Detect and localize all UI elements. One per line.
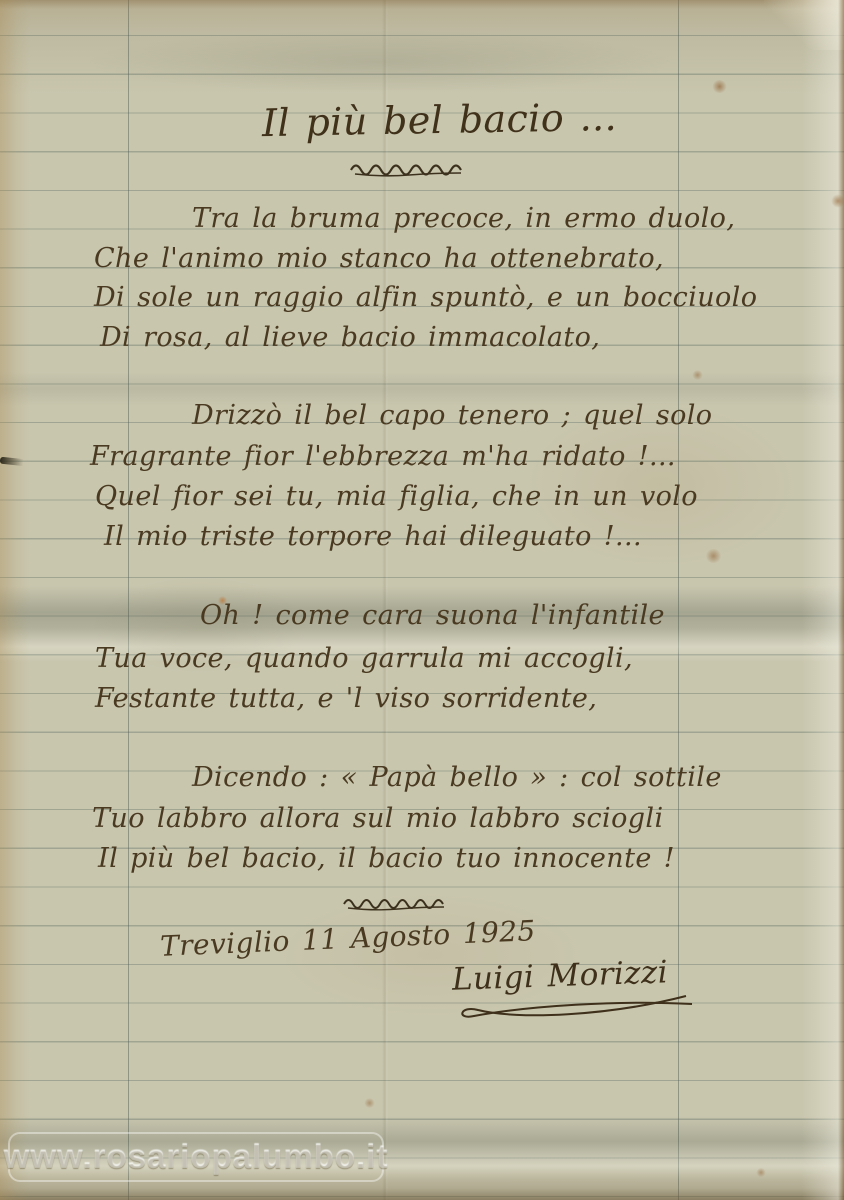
title-flourish-icon	[347, 160, 467, 182]
manuscript-page: Il più bel bacio ... Tra la bruma precoc…	[0, 0, 844, 1200]
foxing-spot	[364, 1098, 375, 1108]
poem-line: Il più bel bacio, il bacio tuo innocente…	[98, 843, 675, 874]
poem-line: Drizzò il bel capo tenero ; quel solo	[192, 400, 712, 431]
foxing-spot	[831, 194, 844, 208]
watermark-text: www.rosariopalumbo.it	[4, 1138, 389, 1176]
end-flourish-icon	[340, 896, 450, 914]
poem-line: Fragrante fior l'ebbrezza m'ha ridato !.…	[90, 441, 676, 472]
poem-title: Il più bel bacio ...	[262, 95, 618, 145]
poem-line: Tra la bruma precoce, in ermo duolo,	[192, 203, 735, 234]
foxing-spot	[705, 549, 722, 563]
watermark: www.rosariopalumbo.it	[8, 1132, 384, 1182]
poem-line: Che l'animo mio stanco ha ottenebrato,	[94, 243, 664, 274]
poem-line: Il mio triste torpore hai dileguato !...	[104, 521, 642, 552]
poem-line: Di rosa, al lieve bacio immacolato,	[100, 322, 600, 353]
foxing-spot	[756, 1168, 766, 1177]
poem-line: Tua voce, quando garrula mi accogli,	[95, 643, 633, 674]
signature-flourish-icon	[448, 992, 698, 1026]
poem-line: Quel fior sei tu, mia figlia, che in un …	[95, 481, 698, 512]
poem-line: Di sole un raggio alfin spuntò, e un boc…	[94, 282, 757, 313]
poem-line: Oh ! come cara suona l'infantile	[200, 600, 665, 631]
foxing-spot	[692, 370, 703, 380]
poem-line: Tuo labbro allora sul mio labbro sciogli	[92, 803, 664, 834]
poem-line: Festante tutta, e 'l viso sorridente,	[95, 683, 597, 714]
poem-line: Dicendo : « Papà bello » : col sottile	[192, 762, 722, 793]
foxing-spot	[712, 80, 727, 93]
